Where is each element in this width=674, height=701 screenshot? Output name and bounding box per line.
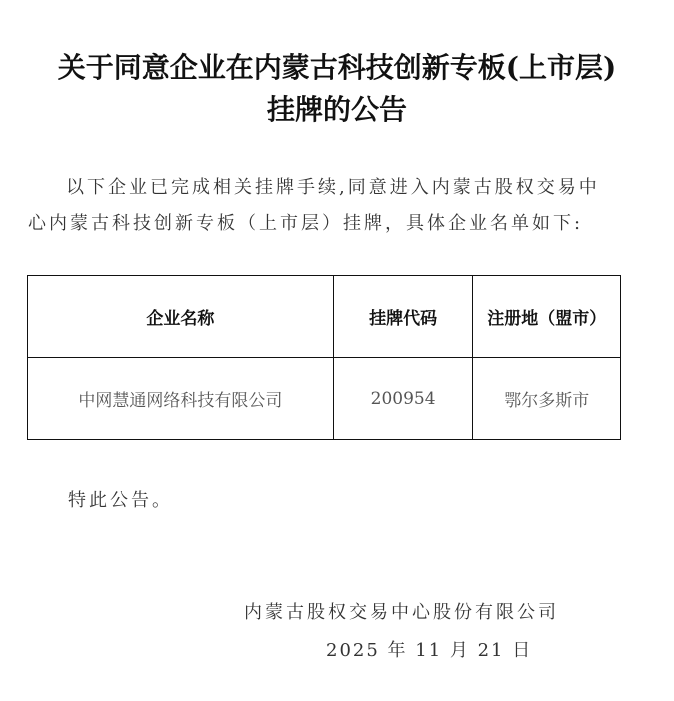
table-header-row: 企业名称 挂牌代码 注册地（盟市）	[28, 276, 621, 358]
cell-registered-location: 鄂尔多斯市	[473, 358, 621, 440]
intro-paragraph: 以下企业已完成相关挂牌手续,同意进入内蒙古股权交易中 心内蒙古科技创新专板（上市…	[28, 170, 648, 242]
header-listing-code: 挂牌代码	[333, 276, 473, 358]
header-registered-location: 注册地（盟市）	[473, 276, 621, 358]
signature-organization: 内蒙古股权交易中心股份有限公司	[0, 598, 674, 624]
intro-line-2: 心内蒙古科技创新专板（上市层）挂牌，具体企业名单如下:	[28, 206, 648, 242]
table-row: 中网慧通网络科技有限公司 200954 鄂尔多斯市	[28, 358, 621, 440]
intro-line-1: 以下企业已完成相关挂牌手续,同意进入内蒙古股权交易中	[28, 170, 648, 206]
cell-company-name: 中网慧通网络科技有限公司	[28, 358, 334, 440]
announcement-title-line-2: 挂牌的公告	[0, 88, 674, 128]
header-company-name: 企业名称	[28, 276, 334, 358]
closing-statement: 特此公告。	[68, 486, 173, 512]
listed-companies-table: 企业名称 挂牌代码 注册地（盟市） 中网慧通网络科技有限公司 200954 鄂尔…	[27, 275, 621, 440]
announcement-title-line-1: 关于同意企业在内蒙古科技创新专板(上市层)	[0, 46, 674, 86]
signature-date: 2025 年 11 月 21 日	[0, 636, 674, 662]
cell-listing-code: 200954	[333, 358, 473, 440]
